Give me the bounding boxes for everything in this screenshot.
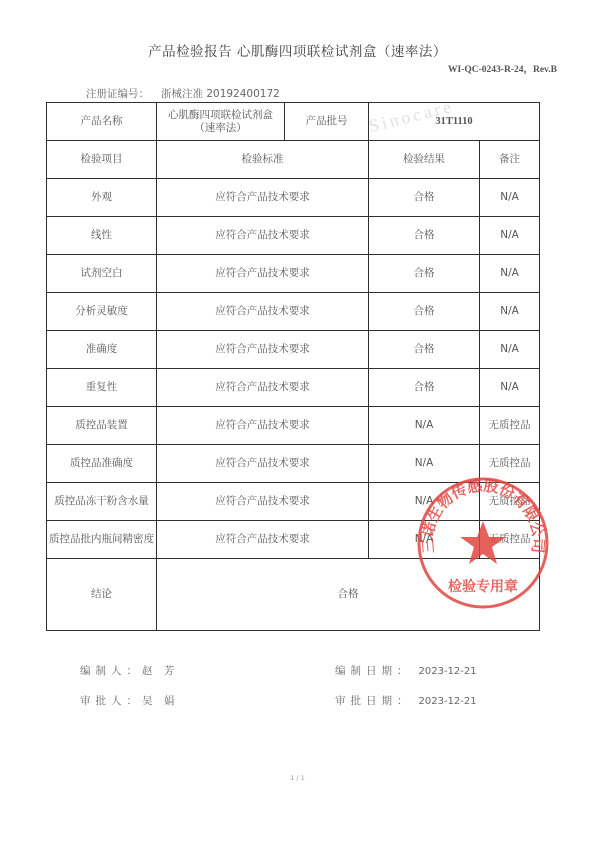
table-row: 重复性 应符合产品技术要求 合格 N/A <box>47 369 540 407</box>
row-item: 重复性 <box>47 369 157 407</box>
row-remark: 无质控品 <box>480 521 540 559</box>
product-name-label: 产品名称 <box>47 103 157 141</box>
report-title: 产品检验报告 心肌酶四项联检试剂盒（速率法） <box>0 40 595 60</box>
review-date: 审批日期：2023-12-21 <box>335 693 477 708</box>
row-item: 试剂空白 <box>47 255 157 293</box>
row-remark: 无质控品 <box>480 483 540 521</box>
row-remark: N/A <box>480 293 540 331</box>
registration-label: 注册证编号： <box>86 88 149 100</box>
row-result: N/A <box>369 445 480 483</box>
row-result: 合格 <box>369 217 480 255</box>
row-result: N/A <box>369 483 480 521</box>
compile-date: 编制日期：2023-12-21 <box>335 663 477 678</box>
row-result: 合格 <box>369 331 480 369</box>
row-result: 合格 <box>369 179 480 217</box>
row-item: 质控品冻干粉含水量 <box>47 483 157 521</box>
compile-date-label: 编制日期： <box>335 665 413 677</box>
product-name-value: 心肌酶四项联检试剂盒（速率法） <box>157 103 285 141</box>
compiler-label: 编制人： <box>80 665 142 677</box>
row-standard: 应符合产品技术要求 <box>157 407 369 445</box>
compile-date-value: 2023-12-21 <box>419 666 477 677</box>
registration-value: 浙械注准 20192400172 <box>161 88 280 100</box>
table-row: 外观 应符合产品技术要求 合格 N/A <box>47 179 540 217</box>
row-remark: N/A <box>480 179 540 217</box>
row-result: 合格 <box>369 255 480 293</box>
row-standard: 应符合产品技术要求 <box>157 179 369 217</box>
row-remark: 无质控品 <box>480 445 540 483</box>
row-standard: 应符合产品技术要求 <box>157 331 369 369</box>
table-row: 分析灵敏度 应符合产品技术要求 合格 N/A <box>47 293 540 331</box>
conclusion-row: 结论 合格 <box>47 559 540 631</box>
reviewer-name: 吴 娟 <box>142 695 178 707</box>
row-standard: 应符合产品技术要求 <box>157 293 369 331</box>
table-row: 质控品冻干粉含水量 应符合产品技术要求 N/A 无质控品 <box>47 483 540 521</box>
table-row: 准确度 应符合产品技术要求 合格 N/A <box>47 331 540 369</box>
column-header-row: 检验项目 检验标准 检验结果 备注 <box>47 141 540 179</box>
review-date-label: 审批日期： <box>335 695 413 707</box>
row-standard: 应符合产品技术要求 <box>157 521 369 559</box>
inspection-table: 产品名称 心肌酶四项联检试剂盒（速率法） 产品批号 31T1110 检验项目 检… <box>46 102 540 631</box>
row-remark: N/A <box>480 369 540 407</box>
row-result: 合格 <box>369 293 480 331</box>
col-item: 检验项目 <box>47 141 157 179</box>
row-standard: 应符合产品技术要求 <box>157 217 369 255</box>
table-row: 试剂空白 应符合产品技术要求 合格 N/A <box>47 255 540 293</box>
row-remark: N/A <box>480 331 540 369</box>
row-item: 外观 <box>47 179 157 217</box>
row-standard: 应符合产品技术要求 <box>157 255 369 293</box>
document-number: WI-QC-0243-R-24，Rev.B <box>448 61 557 75</box>
batch-label: 产品批号 <box>285 103 369 141</box>
table-row: 质控品准确度 应符合产品技术要求 N/A 无质控品 <box>47 445 540 483</box>
compiler-name: 赵 芳 <box>142 665 178 677</box>
row-item: 分析灵敏度 <box>47 293 157 331</box>
page-number: 1 / 1 <box>0 774 595 782</box>
row-remark: 无质控品 <box>480 407 540 445</box>
row-item: 质控品准确度 <box>47 445 157 483</box>
table-row: 线性 应符合产品技术要求 合格 N/A <box>47 217 540 255</box>
row-standard: 应符合产品技术要求 <box>157 483 369 521</box>
col-standard: 检验标准 <box>157 141 369 179</box>
registration-number: 注册证编号：浙械注准 20192400172 <box>86 86 280 101</box>
col-remark: 备注 <box>480 141 540 179</box>
row-item: 质控品装置 <box>47 407 157 445</box>
row-result: N/A <box>369 521 480 559</box>
review-date-value: 2023-12-21 <box>419 696 477 707</box>
row-result: N/A <box>369 407 480 445</box>
reviewer-label: 审批人： <box>80 695 142 707</box>
col-result: 检验结果 <box>369 141 480 179</box>
product-row: 产品名称 心肌酶四项联检试剂盒（速率法） 产品批号 31T1110 <box>47 103 540 141</box>
row-item: 线性 <box>47 217 157 255</box>
conclusion-label: 结论 <box>47 559 157 631</box>
table-row: 质控品批内瓶间精密度 应符合产品技术要求 N/A 无质控品 <box>47 521 540 559</box>
row-standard: 应符合产品技术要求 <box>157 369 369 407</box>
batch-value: 31T1110 <box>369 103 540 141</box>
row-result: 合格 <box>369 369 480 407</box>
row-item: 准确度 <box>47 331 157 369</box>
conclusion-value: 合格 <box>157 559 540 631</box>
reviewer-signature: 审批人：吴 娟 <box>80 693 178 708</box>
row-item: 质控品批内瓶间精密度 <box>47 521 157 559</box>
row-standard: 应符合产品技术要求 <box>157 445 369 483</box>
row-remark: N/A <box>480 255 540 293</box>
row-remark: N/A <box>480 217 540 255</box>
table-row: 质控品装置 应符合产品技术要求 N/A 无质控品 <box>47 407 540 445</box>
compiler-signature: 编制人：赵 芳 <box>80 663 178 678</box>
